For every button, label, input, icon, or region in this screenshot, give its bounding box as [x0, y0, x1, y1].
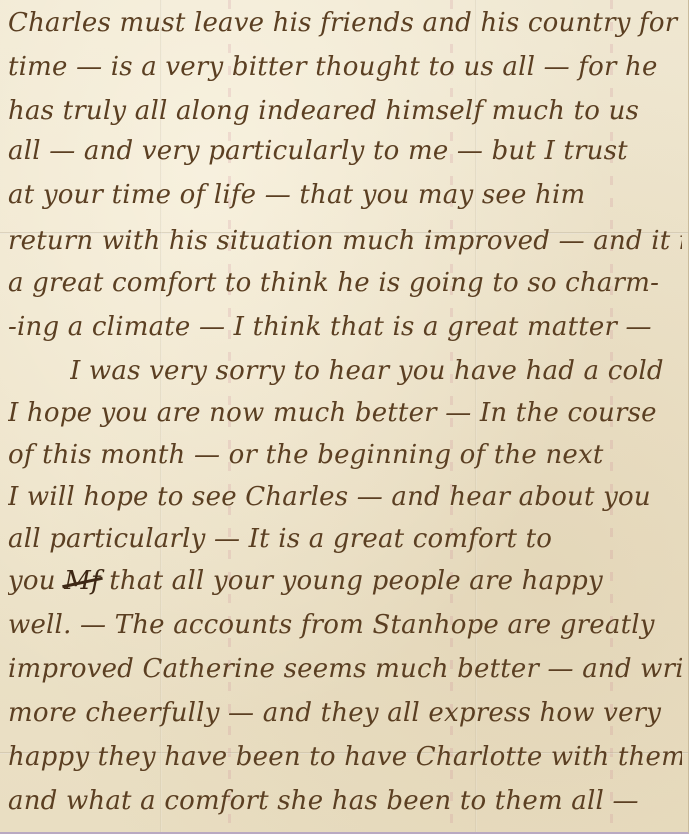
text-line: time — is a very bitter thought to us al…	[8, 52, 682, 82]
text-fragment: that all your young people are happy	[101, 566, 603, 596]
text-line: well. — The accounts from Stanhope are g…	[8, 610, 682, 640]
text-line: all particularly — It is a great comfort…	[8, 524, 682, 554]
text-line: I hope you are now much better — In the …	[8, 398, 682, 428]
text-line: at your time of life — that you may see …	[8, 180, 682, 210]
text-line: has truly all along indeared himself muc…	[8, 96, 682, 126]
text-line: return with his situation much improved …	[8, 226, 682, 256]
letter-page: Charles must leave his friends and his c…	[0, 0, 689, 834]
text-line: improved Catherine seems much better — a…	[8, 654, 682, 684]
text-line: Charles must leave his friends and his c…	[8, 8, 682, 38]
struck-out-word: Mf	[64, 566, 101, 596]
text-fragment: you	[8, 566, 64, 596]
text-line: I was very sorry to hear you have had a …	[70, 356, 682, 386]
text-line: I will hope to see Charles — and hear ab…	[8, 482, 682, 512]
text-line: all — and very particularly to me — but …	[8, 136, 682, 166]
text-line: of this month — or the beginning of the …	[8, 440, 682, 470]
text-line: -ing a climate — I think that is a great…	[8, 312, 682, 342]
text-line: a great comfort to think he is going to …	[8, 268, 682, 298]
text-line: more cheerfully — and they all express h…	[8, 698, 682, 728]
text-line-with-strikeout: you Mf that all your young people are ha…	[8, 566, 682, 596]
text-line: happy they have been to have Charlotte w…	[8, 742, 682, 772]
text-line: and what a comfort she has been to them …	[8, 786, 682, 816]
